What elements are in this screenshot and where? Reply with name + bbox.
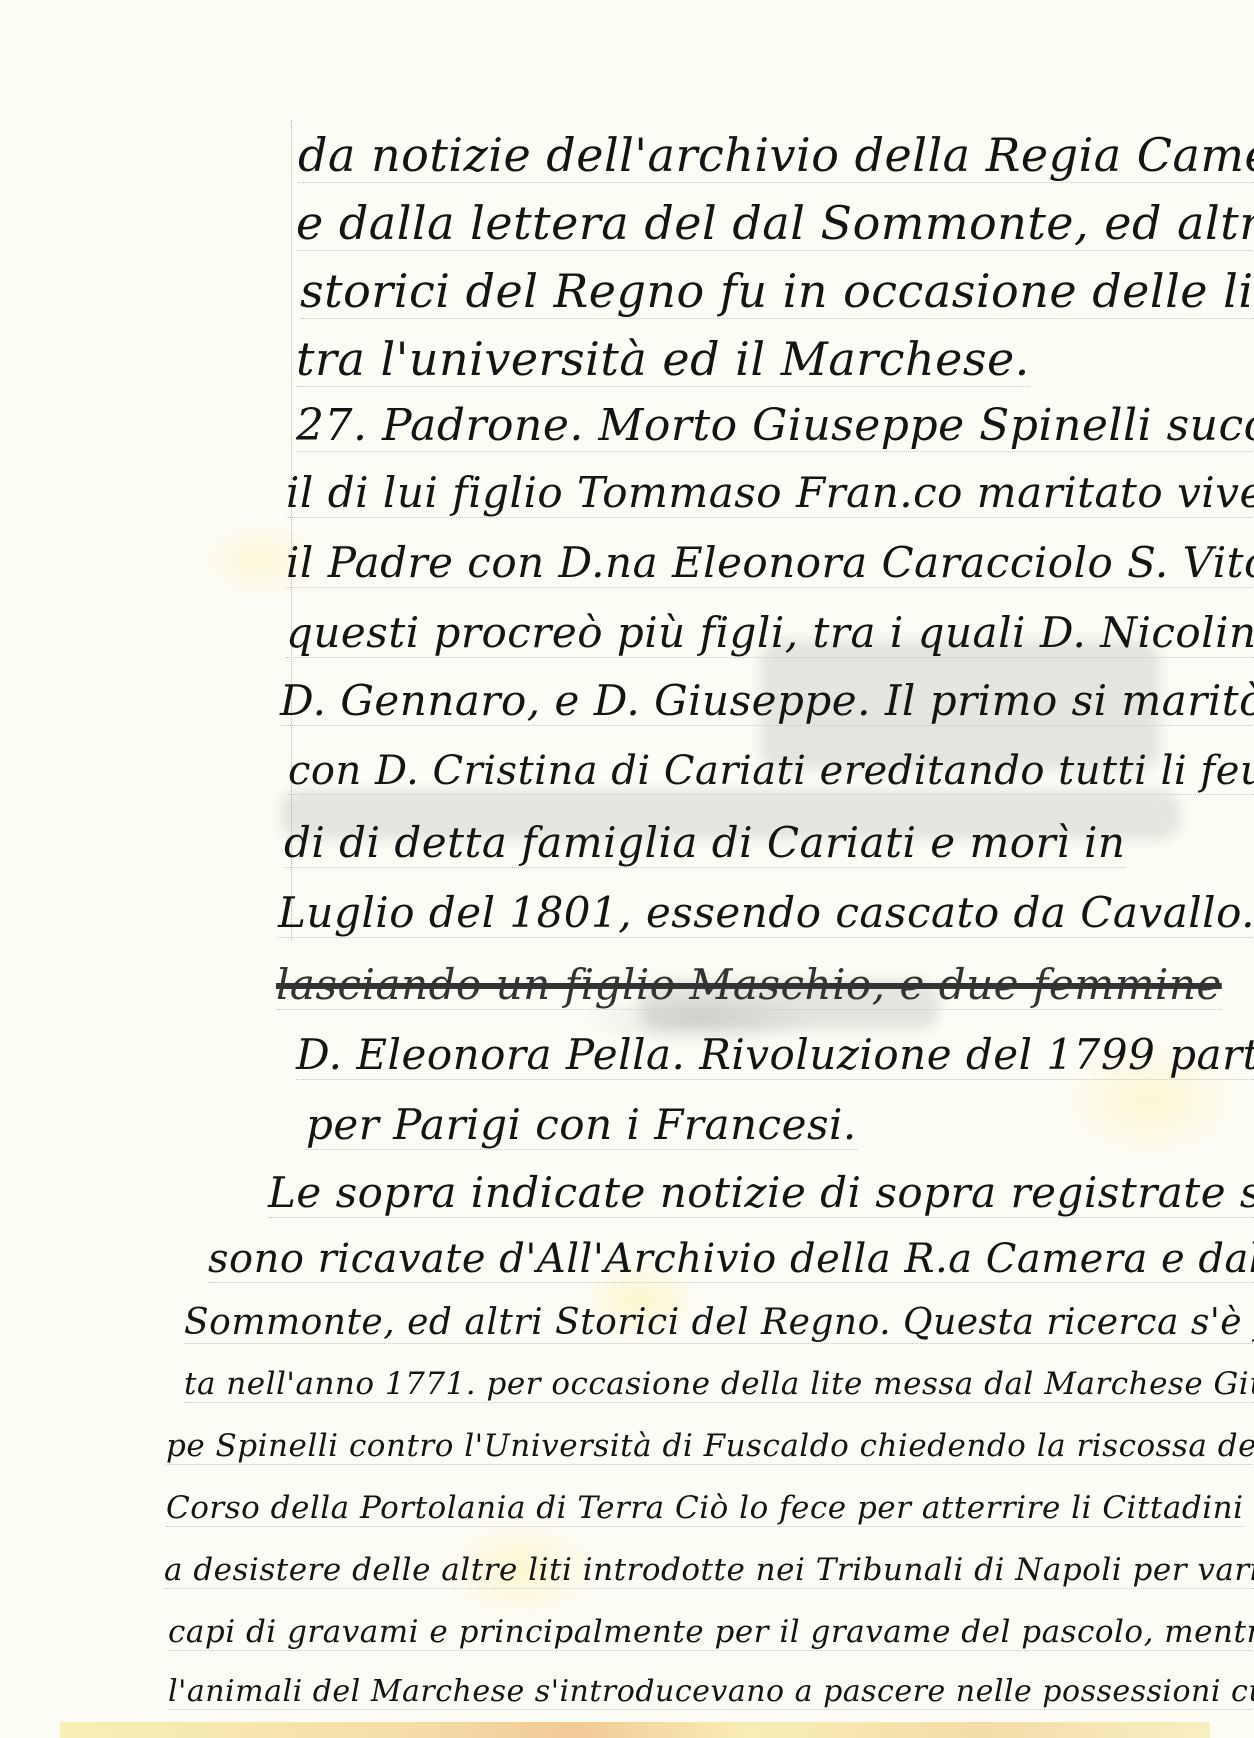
text-line-23: capi di gravami e principalmente per il … [168, 1614, 1254, 1651]
text-line-9: D. Gennaro, e D. Giuseppe. Il primo si m… [280, 676, 1254, 726]
text-line-8: questi procreò più figli, tra i quali D.… [286, 608, 1254, 658]
text-line-19: ta nell'anno 1771. per occasione della l… [184, 1366, 1254, 1403]
text-line-16: Le sopra indicate notizie di sopra regis… [268, 1168, 1254, 1218]
paper-stain [60, 1722, 1210, 1738]
text-line-11: di di detta famiglia di Cariati e morì i… [284, 818, 1125, 868]
struck-text-line: lasciando un figlio Maschio, e due femmi… [276, 960, 1222, 1010]
text-line-14: D. Eleonora Pella. Rivoluzione del 1799 … [296, 1030, 1254, 1080]
text-line-22: a desistere delle altre liti introdotte … [164, 1552, 1254, 1589]
text-line-7: il Padre con D.na Eleonora Caracciolo S.… [286, 538, 1254, 588]
text-line-3: storici del Regno fu in occasione delle … [300, 264, 1254, 319]
text-line-21: Corso della Portolania di Terra Ciò lo f… [166, 1490, 1244, 1527]
text-line-17: sono ricavate d'All'Archivio della R.a C… [208, 1236, 1254, 1283]
manuscript-page: da notizie dell'archivio della Regia Cam… [0, 0, 1254, 1738]
text-line-12: Luglio del 1801, essendo cascato da Cava… [278, 888, 1254, 938]
text-line-1: da notizie dell'archivio della Regia Cam… [298, 128, 1254, 183]
text-line-24: l'animali del Marchese s'introducevano a… [168, 1674, 1254, 1710]
text-line-10: con D. Cristina di Cariati ereditando tu… [288, 748, 1254, 795]
text-line-6: il di lui figlio Tommaso Fran.co maritat… [286, 468, 1254, 518]
text-line-4: tra l'università ed il Marchese. [296, 332, 1030, 387]
text-line-2: e dalla lettera del dal Sommonte, ed alt… [296, 196, 1254, 251]
text-line-20: pe Spinelli contro l'Università di Fusca… [166, 1428, 1254, 1465]
text-line-18: Sommonte, ed altri Storici del Regno. Qu… [184, 1302, 1254, 1344]
text-line-15: per Parigi con i Francesi. [306, 1100, 857, 1150]
text-line-5: 27. Padrone. Morto Giuseppe Spinelli suc… [296, 400, 1254, 452]
